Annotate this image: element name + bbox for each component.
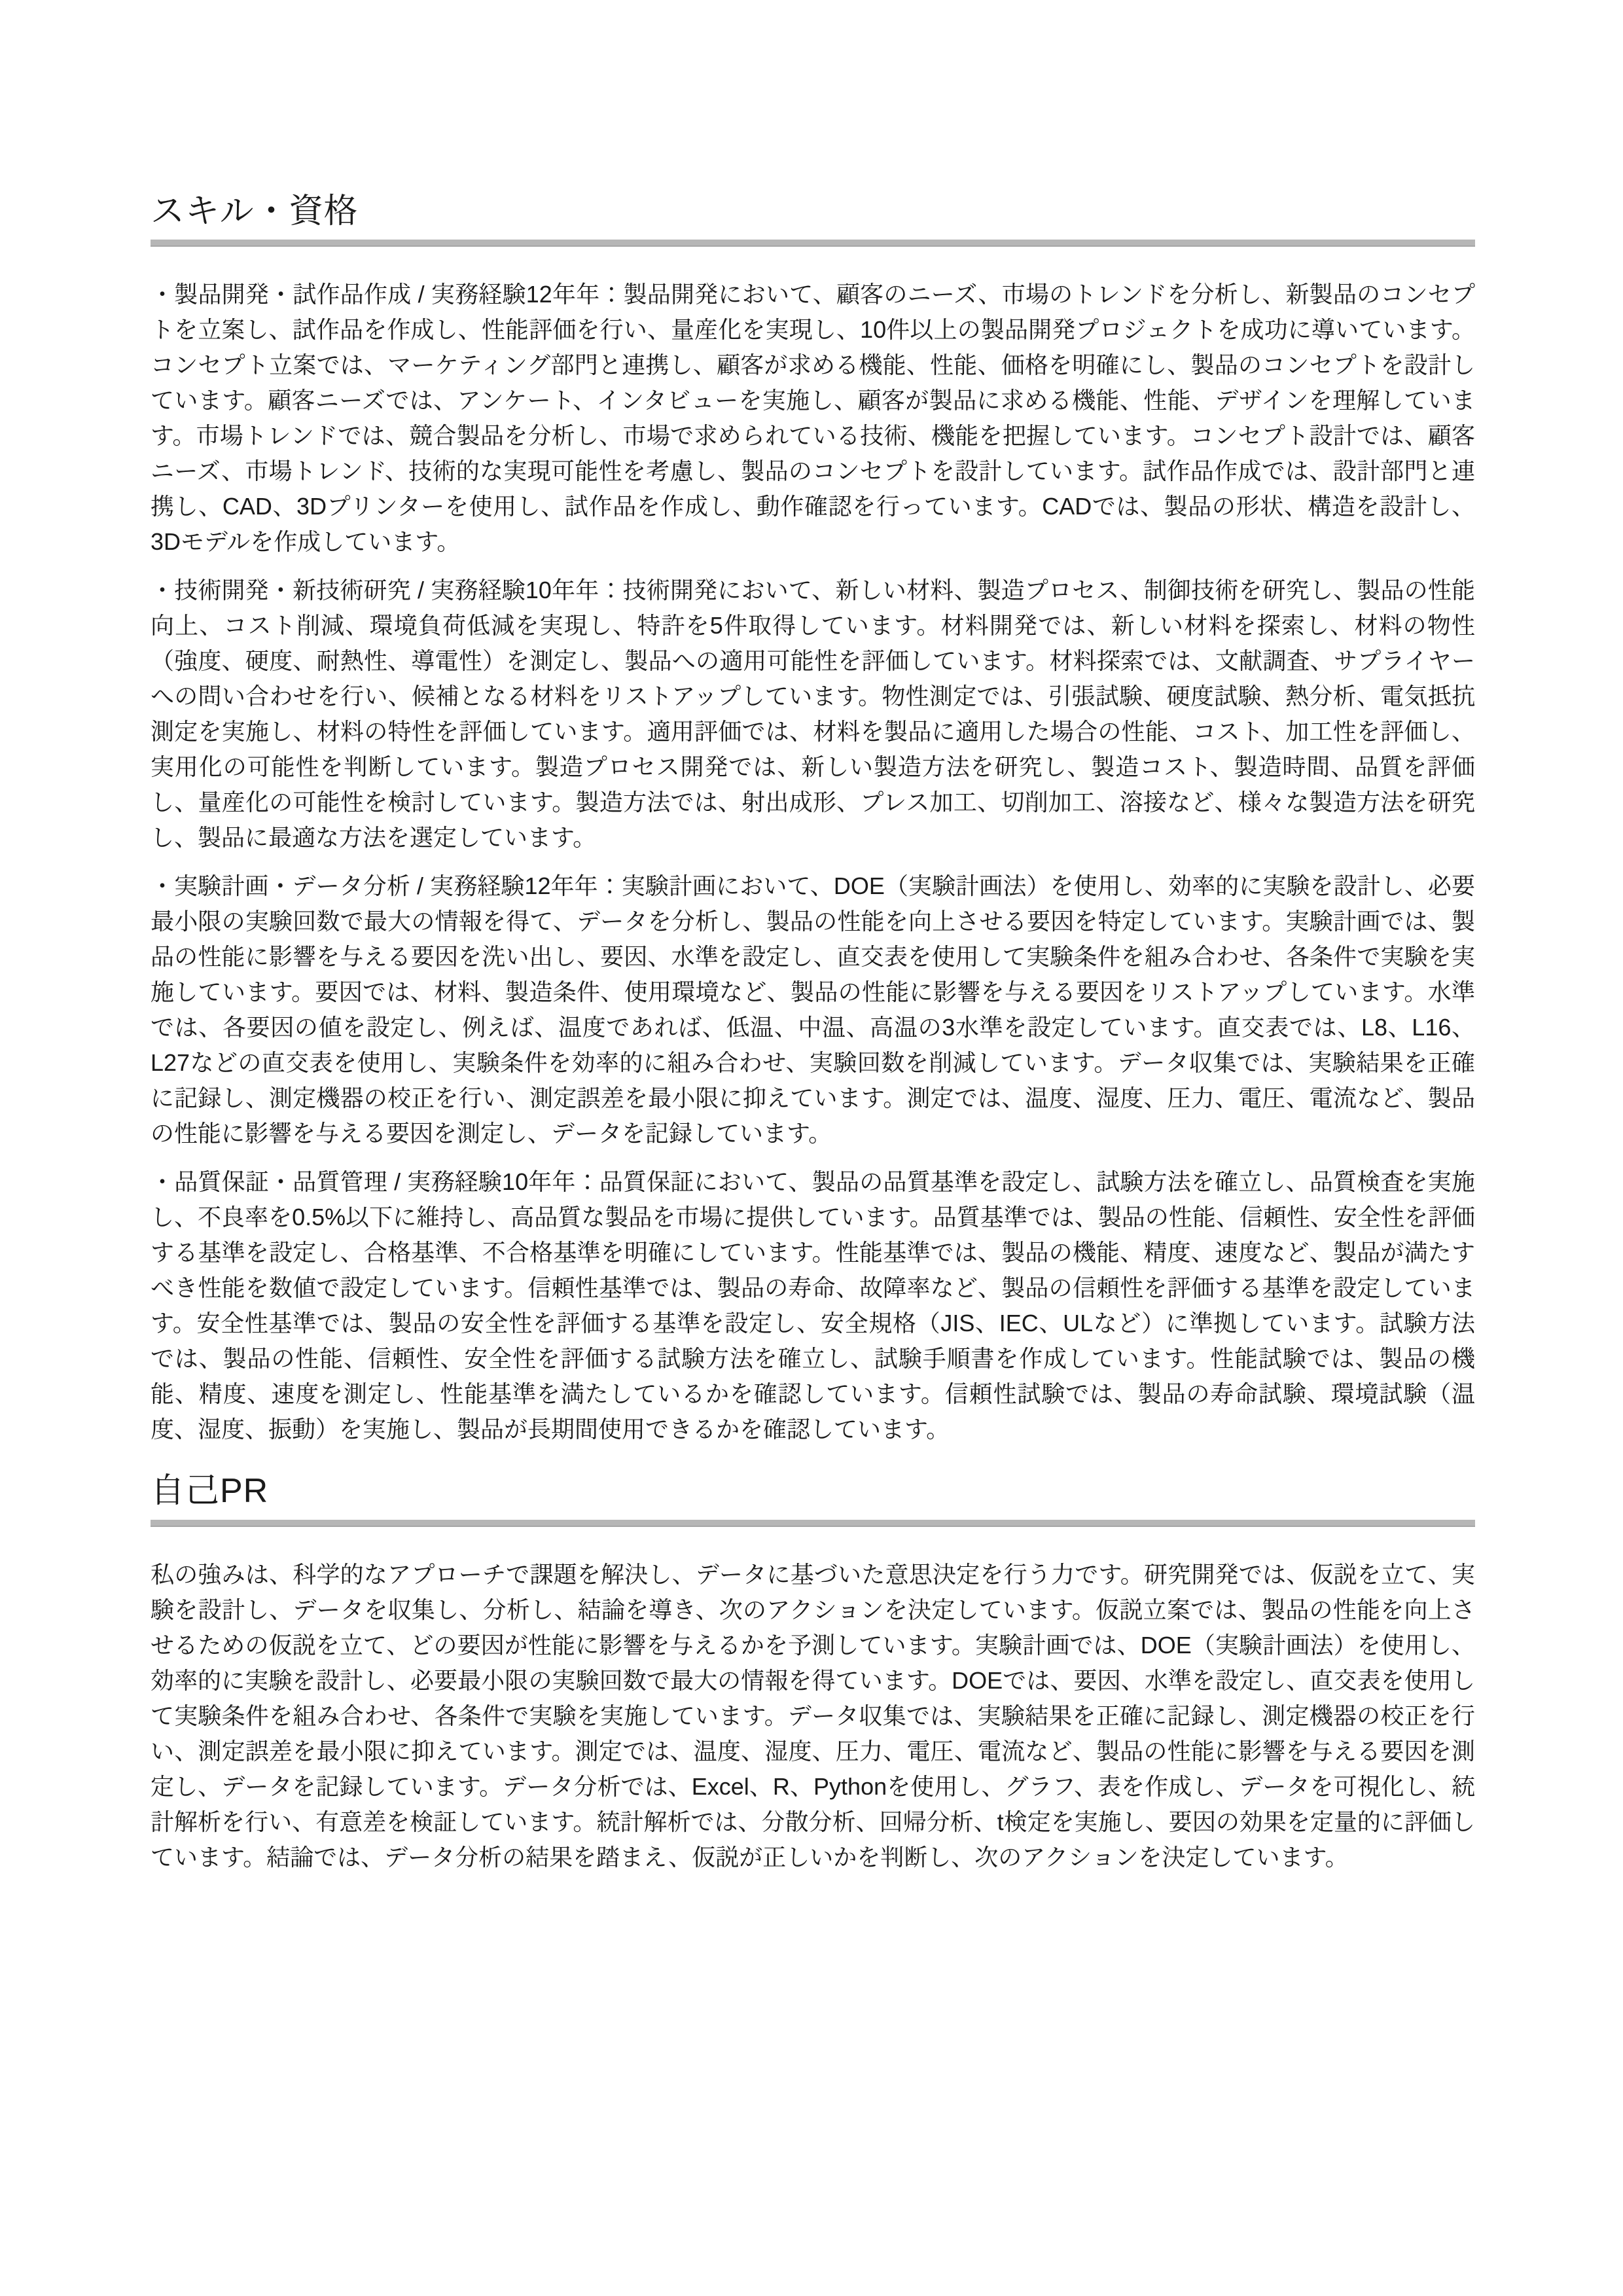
section-body: ・製品開発・試作品作成 / 実務経験12年年：製品開発において、顧客のニーズ、市… (151, 277, 1475, 1447)
section-skills: スキル・資格 ・製品開発・試作品作成 / 実務経験12年年：製品開発において、顧… (151, 191, 1475, 1447)
paragraph: ・製品開発・試作品作成 / 実務経験12年年：製品開発において、顧客のニーズ、市… (151, 277, 1475, 560)
section-title: スキル・資格 (151, 191, 1475, 232)
paragraph: 私の強みは、科学的なアプローチで課題を解決し、データに基づいた意思決定を行う力で… (151, 1557, 1475, 1875)
section-self-pr: 自己PR 私の強みは、科学的なアプローチで課題を解決し、データに基づいた意思決定… (151, 1471, 1475, 1874)
section-title: 自己PR (151, 1471, 1475, 1511)
section-divider (151, 1520, 1475, 1527)
paragraph: ・実験計画・データ分析 / 実務経験12年年：実験計画において、DOE（実験計画… (151, 869, 1475, 1151)
paragraph: ・品質保証・品質管理 / 実務経験10年年：品質保証において、製品の品質基準を設… (151, 1164, 1475, 1447)
page-content: スキル・資格 ・製品開発・試作品作成 / 実務経験12年年：製品開発において、顧… (151, 191, 1475, 1875)
resume-page: スキル・資格 ・製品開発・試作品作成 / 実務経験12年年：製品開発において、顧… (0, 0, 1623, 2296)
section-body: 私の強みは、科学的なアプローチで課題を解決し、データに基づいた意思決定を行う力で… (151, 1557, 1475, 1875)
paragraph: ・技術開発・新技術研究 / 実務経験10年年：技術開発において、新しい材料、製造… (151, 573, 1475, 855)
section-divider (151, 240, 1475, 247)
